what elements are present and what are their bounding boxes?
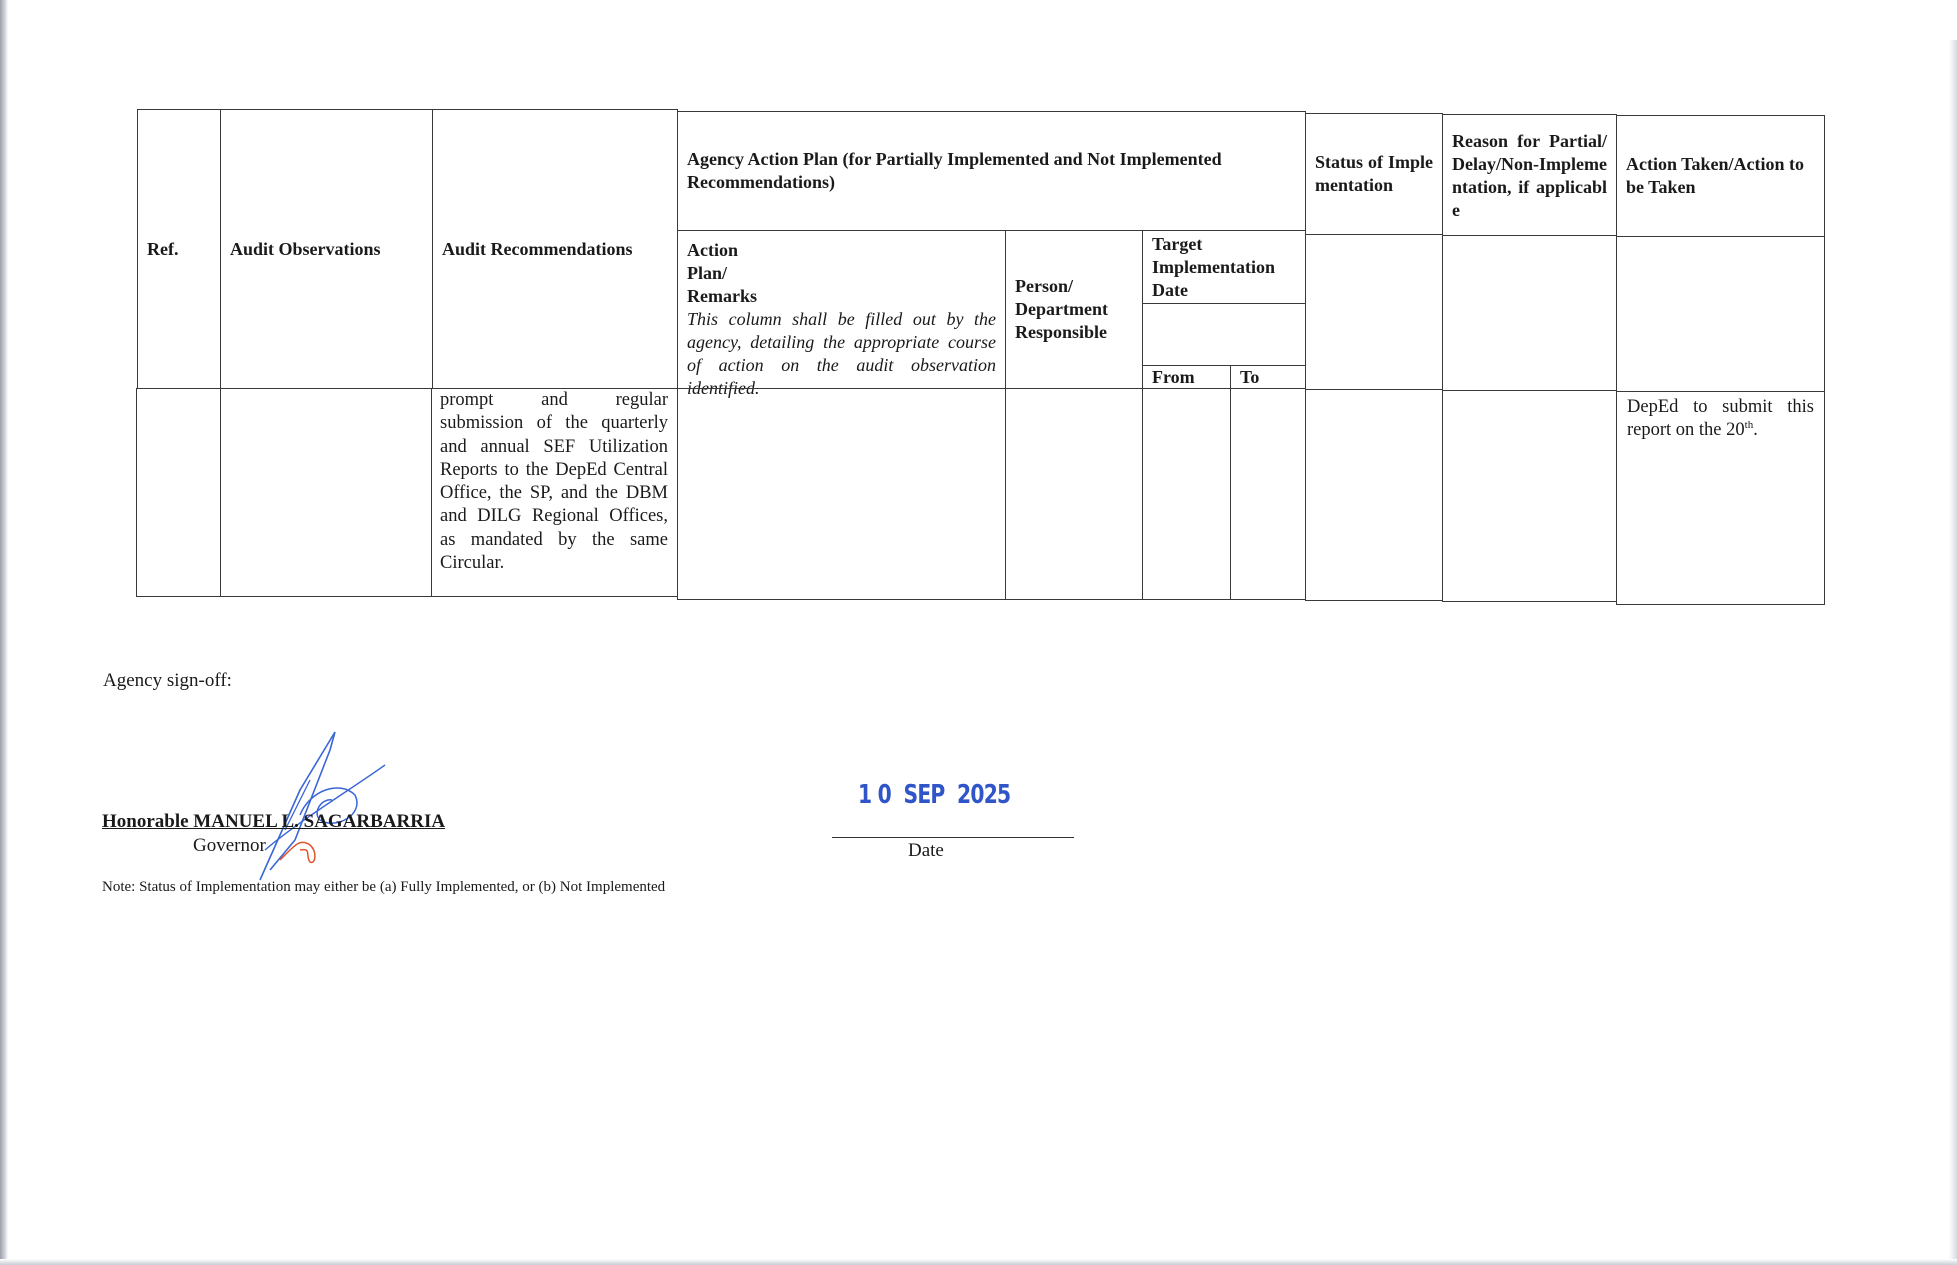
- signature-icon: [240, 720, 420, 885]
- row-recommendation-value: prompt and regular submission of the qua…: [440, 390, 668, 573]
- header-audit-observations-label: Audit Observations: [230, 238, 381, 261]
- header-action-plan-instructions: This column shall be filled out by the a…: [687, 308, 996, 400]
- header-person-department: Person/ Department Responsible: [1005, 230, 1143, 389]
- date-signature-line: [832, 837, 1074, 838]
- date-stamp: 1 0 SEP 2025: [858, 780, 1010, 810]
- agency-signoff-label: Agency sign-off:: [103, 670, 232, 692]
- header-person-department-label: Person/ Department Responsible: [1015, 275, 1133, 344]
- header-audit-observations: Audit Observations: [220, 109, 433, 389]
- table-row-audit-recommendation: prompt and regular submission of the qua…: [431, 388, 678, 597]
- header-to: To: [1230, 365, 1306, 389]
- scan-edge-shadow-right: [1949, 40, 1957, 1265]
- table-row-person-department: [1005, 388, 1143, 600]
- table-row-ref: [136, 388, 221, 597]
- header-ref-label: Ref.: [147, 238, 178, 261]
- table-row-to: [1230, 388, 1306, 600]
- table-row-action-taken: DepEd to submit this report on the 20th.: [1616, 391, 1825, 605]
- header-action-taken-label: Action Taken/Action to be Taken: [1626, 153, 1815, 199]
- header-reason: Reason for Partial/Delay/Non-Implementat…: [1442, 114, 1617, 236]
- header-action-plan-remarks: Action Plan/ Remarks This column shall b…: [677, 230, 1006, 389]
- table-row-status: [1305, 389, 1443, 601]
- header-reason-blank: [1442, 235, 1617, 391]
- row-action-taken-superscript: th: [1745, 419, 1754, 431]
- scan-edge-shadow-bottom: [0, 1259, 1957, 1265]
- header-audit-recommendations: Audit Recommendations: [432, 109, 678, 389]
- row-action-taken-period: .: [1753, 420, 1758, 440]
- row-action-taken-value: DepEd to submit this report on the 20: [1627, 397, 1814, 440]
- table-row-audit-observation: [220, 388, 432, 597]
- table-row-from: [1142, 388, 1231, 600]
- header-from-label: From: [1152, 367, 1195, 387]
- header-target-date-label: Target Implementation Date: [1152, 234, 1275, 300]
- header-ref: Ref.: [137, 109, 221, 389]
- header-status: Status of Implementation: [1305, 113, 1443, 235]
- header-reason-label: Reason for Partial/Delay/Non-Implementat…: [1452, 130, 1607, 222]
- signer-title: Governor: [193, 835, 266, 857]
- header-status-label: Status of Implementation: [1315, 151, 1433, 197]
- header-action-plan-remarks-label: Action Plan/ Remarks: [687, 239, 767, 308]
- header-audit-recommendations-label: Audit Recommendations: [442, 238, 633, 261]
- header-target-date: Target Implementation Date: [1142, 230, 1306, 304]
- table-row-reason: [1442, 390, 1617, 602]
- header-target-date-blank: [1142, 303, 1306, 366]
- header-action-taken-blank: [1616, 236, 1825, 392]
- header-status-blank: [1305, 234, 1443, 390]
- header-to-label: To: [1240, 367, 1259, 387]
- header-from: From: [1142, 365, 1231, 389]
- scan-edge-shadow-left: [0, 0, 8, 1265]
- header-agency-action-plan-label: Agency Action Plan (for Partially Implem…: [687, 148, 1296, 194]
- date-label: Date: [908, 840, 944, 862]
- header-agency-action-plan: Agency Action Plan (for Partially Implem…: [677, 111, 1306, 231]
- signer-name: Honorable MANUEL L. SAGARBARRIA: [102, 811, 445, 833]
- header-action-taken: Action Taken/Action to be Taken: [1616, 115, 1825, 237]
- table-row-action-plan: [677, 388, 1006, 600]
- implementation-status-note: Note: Status of Implementation may eithe…: [102, 879, 665, 896]
